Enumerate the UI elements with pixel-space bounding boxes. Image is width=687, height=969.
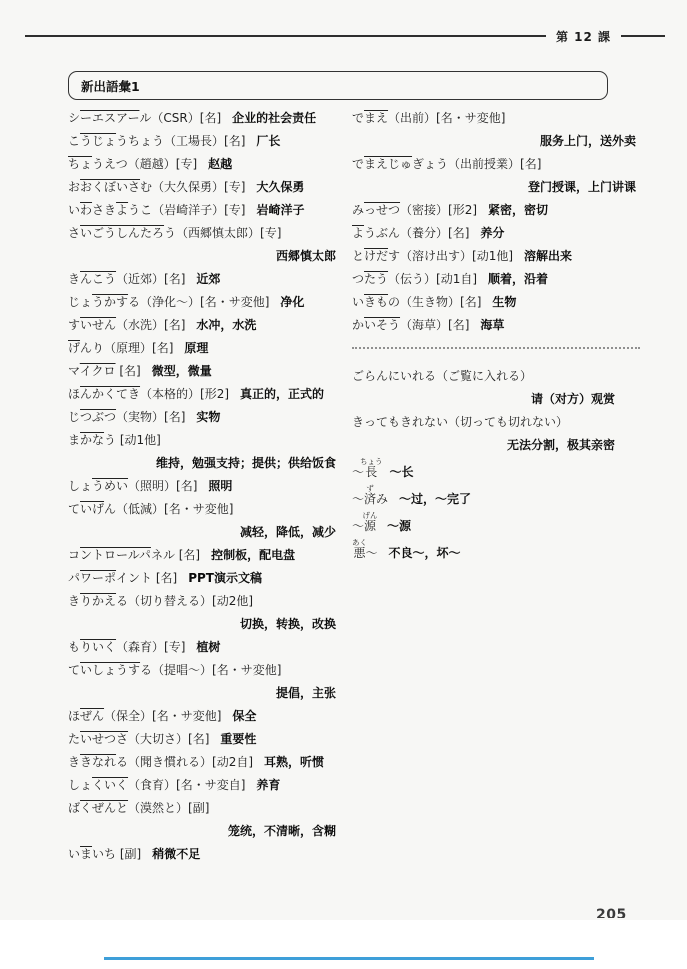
cn-gloss: 养育 bbox=[256, 778, 280, 792]
jp-text: （大切さ）[名] bbox=[128, 732, 209, 746]
page-number: 205 bbox=[596, 907, 627, 918]
accent-overline-text: っせつ bbox=[364, 203, 400, 217]
ruby-kanji: 済ず bbox=[364, 492, 376, 506]
jp-text: （本格的）[形2] bbox=[140, 387, 229, 401]
cn-gloss: 海草 bbox=[480, 318, 504, 332]
jp-text: しょ bbox=[68, 479, 92, 493]
furigana: ちょう bbox=[360, 457, 383, 466]
vocab-entry: みっせつ（密接）[形2]紧密，密切 bbox=[352, 199, 640, 222]
vocab-entry: いわさきようこ（岩崎洋子）[专]岩崎洋子 bbox=[68, 199, 340, 222]
vocab-entry: ほぜん（保全）[名・サ変他]保全 bbox=[68, 705, 340, 728]
jp-text: いち [副] bbox=[92, 847, 141, 861]
vocab-entry: まかなう [动1他] bbox=[68, 429, 340, 452]
vocab-entry: とけだす（溶け出す）[动1他]溶解出来 bbox=[352, 245, 640, 268]
vocab-entry: ほんかくてき（本格的）[形2]真正的，正式的 bbox=[68, 383, 340, 406]
cn-gloss: 水冲，水洗 bbox=[196, 318, 256, 332]
vocab-entry: シーエスアール（CSR）[名]企业的社会责任 bbox=[68, 107, 340, 130]
cn-gloss: 微型，微量 bbox=[152, 364, 212, 378]
accent-overline-text: ワーポ bbox=[80, 571, 116, 585]
jp-text: （伝う）[动1自] bbox=[388, 272, 477, 286]
jp-text: うえつ（趙越）[专] bbox=[92, 157, 197, 171]
vocab-entry: じつぶつ（実物）[名]实物 bbox=[68, 406, 340, 429]
jp-text: きってもきれない（切っても切れない） bbox=[352, 415, 568, 429]
cn-gloss: ～源 bbox=[387, 519, 411, 533]
accent-overline-text: いしょうす bbox=[80, 663, 140, 677]
jp-text: パ bbox=[68, 571, 80, 585]
jp-text: る（切り替える）[动2他] bbox=[116, 594, 253, 608]
jp-text: （密接）[形2] bbox=[400, 203, 477, 217]
jp-text: て bbox=[68, 663, 80, 677]
vocab-entry: きりかえる（切り替える）[动2他] bbox=[68, 590, 340, 613]
scanned-textbook-page: 第 12 課 新出語彙1 シーエスアール（CSR）[名]企业的社会责任こうじょう… bbox=[0, 0, 687, 969]
cn-gloss-line: 切换，转换，改换 bbox=[68, 613, 340, 636]
ruby-kanji: 悪あく bbox=[352, 546, 366, 560]
jp-text: （食育）[名・サ変自] bbox=[128, 778, 245, 792]
jp-text: ～ bbox=[366, 546, 378, 560]
vocab-entry: でまえ（出前）[名・サ変他] bbox=[352, 107, 640, 130]
cn-gloss: 真正的，正式的 bbox=[240, 387, 324, 401]
ruby-kanji: 源げん bbox=[364, 519, 376, 533]
accent-overline-text: たう bbox=[364, 272, 388, 286]
accent-overline-text: んかくてき bbox=[80, 387, 140, 401]
cn-gloss-line: 笼统，不清晰，含糊 bbox=[68, 820, 340, 843]
accent-overline-text: よ bbox=[352, 226, 364, 240]
jp-text: うぶん（養分）[名] bbox=[364, 226, 469, 240]
jp-text: コ bbox=[68, 548, 80, 562]
viewer-bottom-strip bbox=[0, 920, 687, 969]
jp-text: ぎょう（出前授業）[名] bbox=[412, 157, 541, 171]
jp-text: こ bbox=[68, 134, 80, 148]
jp-text: （近郊）[名] bbox=[116, 272, 185, 286]
jp-text: じょ bbox=[68, 295, 92, 309]
lesson-number-label: 第 12 課 bbox=[556, 28, 611, 45]
jp-text: （森育）[专] bbox=[116, 640, 185, 654]
vocab-entry: ～長ちょう～长 bbox=[352, 457, 640, 484]
cn-gloss: 顺着，沿着 bbox=[488, 272, 548, 286]
jp-text: み bbox=[376, 492, 388, 506]
lesson-header-rule: 第 12 課 bbox=[25, 29, 665, 43]
accent-overline-text: つぶつ bbox=[80, 410, 116, 424]
jp-text: お bbox=[68, 180, 80, 194]
jp-text: シ bbox=[68, 111, 80, 125]
furigana: ず bbox=[364, 484, 376, 493]
cn-gloss-line: 请（对方）观赏 bbox=[352, 388, 640, 411]
vocab-entry: マイクロ [名]微型，微量 bbox=[68, 360, 340, 383]
jp-text: み bbox=[352, 203, 364, 217]
jp-text: い bbox=[68, 847, 80, 861]
section-title: 新出語彙1 bbox=[81, 77, 140, 95]
vocab-entry: じょうかする（浄化～）[名・サ変他]净化 bbox=[68, 291, 340, 314]
jp-text: き bbox=[68, 272, 80, 286]
vocab-entry: ちょうえつ（趙越）[专]赵越 bbox=[68, 153, 340, 176]
cn-gloss-line: 无法分割，极其亲密 bbox=[352, 434, 640, 457]
section-title-box: 新出語彙1 bbox=[68, 71, 608, 100]
accent-overline-text: うじょ bbox=[80, 134, 116, 148]
accent-overline-text: んこう bbox=[80, 272, 116, 286]
cn-gloss: 紧密，密切 bbox=[488, 203, 548, 217]
jp-text: き bbox=[68, 594, 80, 608]
accent-overline-text: ま bbox=[80, 847, 92, 861]
accent-overline-text: まえ bbox=[364, 111, 388, 125]
jp-text: イント [名] bbox=[116, 571, 177, 585]
jp-text: き bbox=[68, 755, 80, 769]
jp-text: ネル [名] bbox=[151, 548, 200, 562]
vocab-entry: パワーポイント [名]PPT演示文稿 bbox=[68, 567, 340, 590]
jp-text: ん（低減）[名・サ変他] bbox=[104, 502, 233, 516]
cn-gloss: PPT演示文稿 bbox=[188, 571, 262, 585]
jp-text: い bbox=[68, 203, 80, 217]
jp-text: ほ bbox=[68, 709, 80, 723]
cn-gloss: 赵越 bbox=[208, 157, 232, 171]
cn-gloss: 重要性 bbox=[220, 732, 256, 746]
jp-text: で bbox=[352, 111, 364, 125]
header-rule-left bbox=[25, 35, 546, 37]
jp-text: （出前）[名・サ変他] bbox=[388, 111, 505, 125]
jp-text: ごらんにいれる（ご覧に入れる） bbox=[352, 369, 532, 383]
jp-text: で bbox=[352, 157, 364, 171]
jp-text: んり（原理）[名] bbox=[80, 341, 173, 355]
viewer-accent-line bbox=[104, 957, 594, 960]
accent-overline-text: おくぼいさ bbox=[80, 180, 140, 194]
jp-text: じ bbox=[68, 410, 80, 424]
cn-gloss: 近郊 bbox=[196, 272, 220, 286]
jp-text: い bbox=[352, 295, 364, 309]
accent-overline-text: ぜん bbox=[80, 709, 104, 723]
accent-overline-text: うかす bbox=[92, 295, 128, 309]
accent-overline-text: まえじゅ bbox=[364, 157, 412, 171]
cn-gloss: 净化 bbox=[280, 295, 304, 309]
vocab-entry: たいせつさ（大切さ）[名]重要性 bbox=[68, 728, 340, 751]
accent-overline-text: イクロ bbox=[80, 364, 116, 378]
page-number-clip: 205 bbox=[596, 904, 636, 918]
cn-gloss: 生物 bbox=[492, 295, 516, 309]
jp-text: る（浄化～）[名・サ変他] bbox=[128, 295, 269, 309]
accent-overline-text: よ bbox=[116, 203, 128, 217]
accent-overline-text: りかえ bbox=[80, 594, 116, 608]
jp-text: ば bbox=[68, 801, 80, 815]
jp-text: さ bbox=[68, 226, 80, 240]
vocab-entry: ていげん（低減）[名・サ変他] bbox=[68, 498, 340, 521]
jp-text: も bbox=[68, 640, 80, 654]
cn-gloss: 厂长 bbox=[256, 134, 280, 148]
vocab-entry: ききなれる（聞き慣れる）[动2自]耳熟，听惯 bbox=[68, 751, 340, 774]
vocab-entry: かいそう（海草）[名]海草 bbox=[352, 314, 640, 337]
jp-text: マ bbox=[68, 364, 80, 378]
vocab-entry: さいごうしんたろう（西郷慎太郎）[专] bbox=[68, 222, 340, 245]
jp-text: た bbox=[68, 732, 80, 746]
accent-overline-text: ントロールパ bbox=[80, 548, 151, 562]
jp-text: （水洗）[名] bbox=[116, 318, 185, 332]
cn-gloss: 植树 bbox=[196, 640, 220, 654]
cn-gloss: 原理 bbox=[184, 341, 208, 355]
accent-overline-text: くいく bbox=[92, 778, 128, 792]
jp-text: しょ bbox=[68, 778, 92, 792]
jp-text: ～ bbox=[352, 492, 364, 506]
jp-text: （漠然と）[副] bbox=[128, 801, 209, 815]
cn-gloss: 照明 bbox=[208, 479, 232, 493]
jp-text: か bbox=[352, 318, 364, 332]
cn-gloss-line: 西郷慎太郎 bbox=[68, 245, 340, 268]
jp-text: う [动1他] bbox=[104, 433, 161, 447]
vocab-entry: きんこう（近郊）[名]近郊 bbox=[68, 268, 340, 291]
vocab-entry: おおくぼいさむ（大久保勇）[专]大久保勇 bbox=[68, 176, 340, 199]
ruby-kanji: 長ちょう bbox=[364, 465, 378, 479]
accent-overline-text: いごうしんたろ bbox=[80, 226, 164, 240]
accent-overline-text: きなれ bbox=[80, 755, 116, 769]
jp-text: （海草）[名] bbox=[400, 318, 469, 332]
furigana: あく bbox=[352, 538, 367, 547]
cn-gloss: 稍微不足 bbox=[152, 847, 200, 861]
cn-gloss: ～长 bbox=[390, 465, 414, 479]
accent-overline-text: りいく bbox=[80, 640, 116, 654]
vocab-entry: いまいち [副]稍微不足 bbox=[68, 843, 340, 866]
header-rule-right bbox=[621, 35, 665, 37]
cn-gloss: ～过，～完了 bbox=[399, 492, 471, 506]
vocab-entry: コントロールパネル [名]控制板，配电盘 bbox=[68, 544, 340, 567]
jp-text: ル（CSR）[名] bbox=[139, 111, 221, 125]
jp-text: て bbox=[68, 502, 80, 516]
vocab-entry: こうじょうちょう（工場長）[名]厂长 bbox=[68, 130, 340, 153]
vocab-entry: すいせん（水洗）[名]水冲，水洗 bbox=[68, 314, 340, 337]
accent-overline-text: いせつさ bbox=[80, 732, 128, 746]
vocab-entry: ようぶん（養分）[名]养分 bbox=[352, 222, 640, 245]
jp-text: （照明）[名] bbox=[128, 479, 197, 493]
jp-text: る（聞き慣れる）[动2自] bbox=[116, 755, 253, 769]
accent-overline-text: けだ bbox=[364, 249, 388, 263]
vocab-entry: いきもの（生き物）[名]生物 bbox=[352, 291, 640, 314]
accent-overline-text: かな bbox=[80, 433, 104, 447]
cn-gloss-line: 提倡，主张 bbox=[68, 682, 340, 705]
accent-overline-text: うめい bbox=[92, 479, 128, 493]
vocab-column-right: でまえ（出前）[名・サ変他]服务上门，送外卖でまえじゅぎょう（出前授業）[名]登… bbox=[352, 107, 640, 565]
jp-text: の（生き物）[名] bbox=[388, 295, 481, 309]
vocab-entry: つたう（伝う）[动1自]顺着，沿着 bbox=[352, 268, 640, 291]
cn-gloss: 养分 bbox=[480, 226, 504, 240]
vocab-entry: ごらんにいれる（ご覧に入れる） bbox=[352, 365, 640, 388]
jp-text: と bbox=[352, 249, 364, 263]
cn-gloss: 大久保勇 bbox=[256, 180, 304, 194]
accent-overline-text: いせん bbox=[80, 318, 116, 332]
accent-overline-text: ちょ bbox=[68, 157, 92, 171]
jp-text: ほ bbox=[68, 387, 80, 401]
accent-overline-text: ーエスアー bbox=[80, 111, 139, 125]
vocab-entry: げんり（原理）[名]原理 bbox=[68, 337, 340, 360]
cn-gloss: 实物 bbox=[196, 410, 220, 424]
vocab-entry: きってもきれない（切っても切れない） bbox=[352, 411, 640, 434]
cn-gloss: 控制板，配电盘 bbox=[211, 548, 295, 562]
jp-text: うこ（岩崎洋子）[专] bbox=[128, 203, 245, 217]
cn-gloss-line: 登门授课，上门讲课 bbox=[352, 176, 640, 199]
cn-gloss-line: 维持，勉强支持；提供；供给饭食 bbox=[68, 452, 340, 475]
vocab-entry: 悪あく～不良～，坏～ bbox=[352, 538, 640, 565]
cn-gloss: 耳熟，听惯 bbox=[264, 755, 324, 769]
vocab-entry: ～源げん～源 bbox=[352, 511, 640, 538]
accent-overline-text: いげ bbox=[80, 502, 104, 516]
accent-overline-text: わ bbox=[80, 203, 92, 217]
cn-gloss: 保全 bbox=[232, 709, 256, 723]
furigana: げん bbox=[363, 511, 378, 520]
jp-text: つ bbox=[352, 272, 364, 286]
jp-text: す bbox=[68, 318, 80, 332]
jp-text: ま bbox=[68, 433, 80, 447]
accent-overline-text: くぜんと bbox=[80, 801, 128, 815]
jp-text: さき bbox=[92, 203, 116, 217]
cn-gloss-line: 减轻，降低，减少 bbox=[68, 521, 340, 544]
jp-text: す（溶け出す）[动1他] bbox=[388, 249, 513, 263]
cn-gloss: 企业的社会责任 bbox=[232, 111, 316, 125]
accent-overline-text: げ bbox=[68, 341, 80, 355]
jp-text: む（大久保勇）[专] bbox=[140, 180, 245, 194]
vocab-entry: ていしょうする（提唱～）[名・サ変他] bbox=[68, 659, 340, 682]
vocab-entry: でまえじゅぎょう（出前授業）[名] bbox=[352, 153, 640, 176]
vocab-entry: ～済ずみ～过，～完了 bbox=[352, 484, 640, 511]
cn-gloss: 不良～，坏～ bbox=[389, 546, 461, 560]
vocab-entry: ばくぜんと（漠然と）[副] bbox=[68, 797, 340, 820]
vocab-entry: もりいく（森育）[专]植树 bbox=[68, 636, 340, 659]
vocab-entry: しょうめい（照明）[名]照明 bbox=[68, 475, 340, 498]
vocab-entry: しょくいく（食育）[名・サ変自]养育 bbox=[68, 774, 340, 797]
cn-gloss: 岩崎洋子 bbox=[256, 203, 304, 217]
vocab-column-left: シーエスアール（CSR）[名]企业的社会责任こうじょうちょう（工場長）[名]厂长… bbox=[68, 107, 340, 866]
accent-overline-text: きも bbox=[364, 295, 388, 309]
cn-gloss: 溶解出来 bbox=[524, 249, 572, 263]
jp-text: う（西郷慎太郎）[专] bbox=[164, 226, 281, 240]
jp-text: うちょう（工場長）[名] bbox=[116, 134, 245, 148]
jp-text: [名] bbox=[116, 364, 141, 378]
jp-text: （実物）[名] bbox=[116, 410, 185, 424]
cn-gloss-line: 服务上门，送外卖 bbox=[352, 130, 640, 153]
jp-text: る（提唱～）[名・サ変他] bbox=[140, 663, 281, 677]
jp-text: （保全）[名・サ変他] bbox=[104, 709, 221, 723]
dotted-separator bbox=[352, 347, 640, 349]
accent-overline-text: いそう bbox=[364, 318, 400, 332]
